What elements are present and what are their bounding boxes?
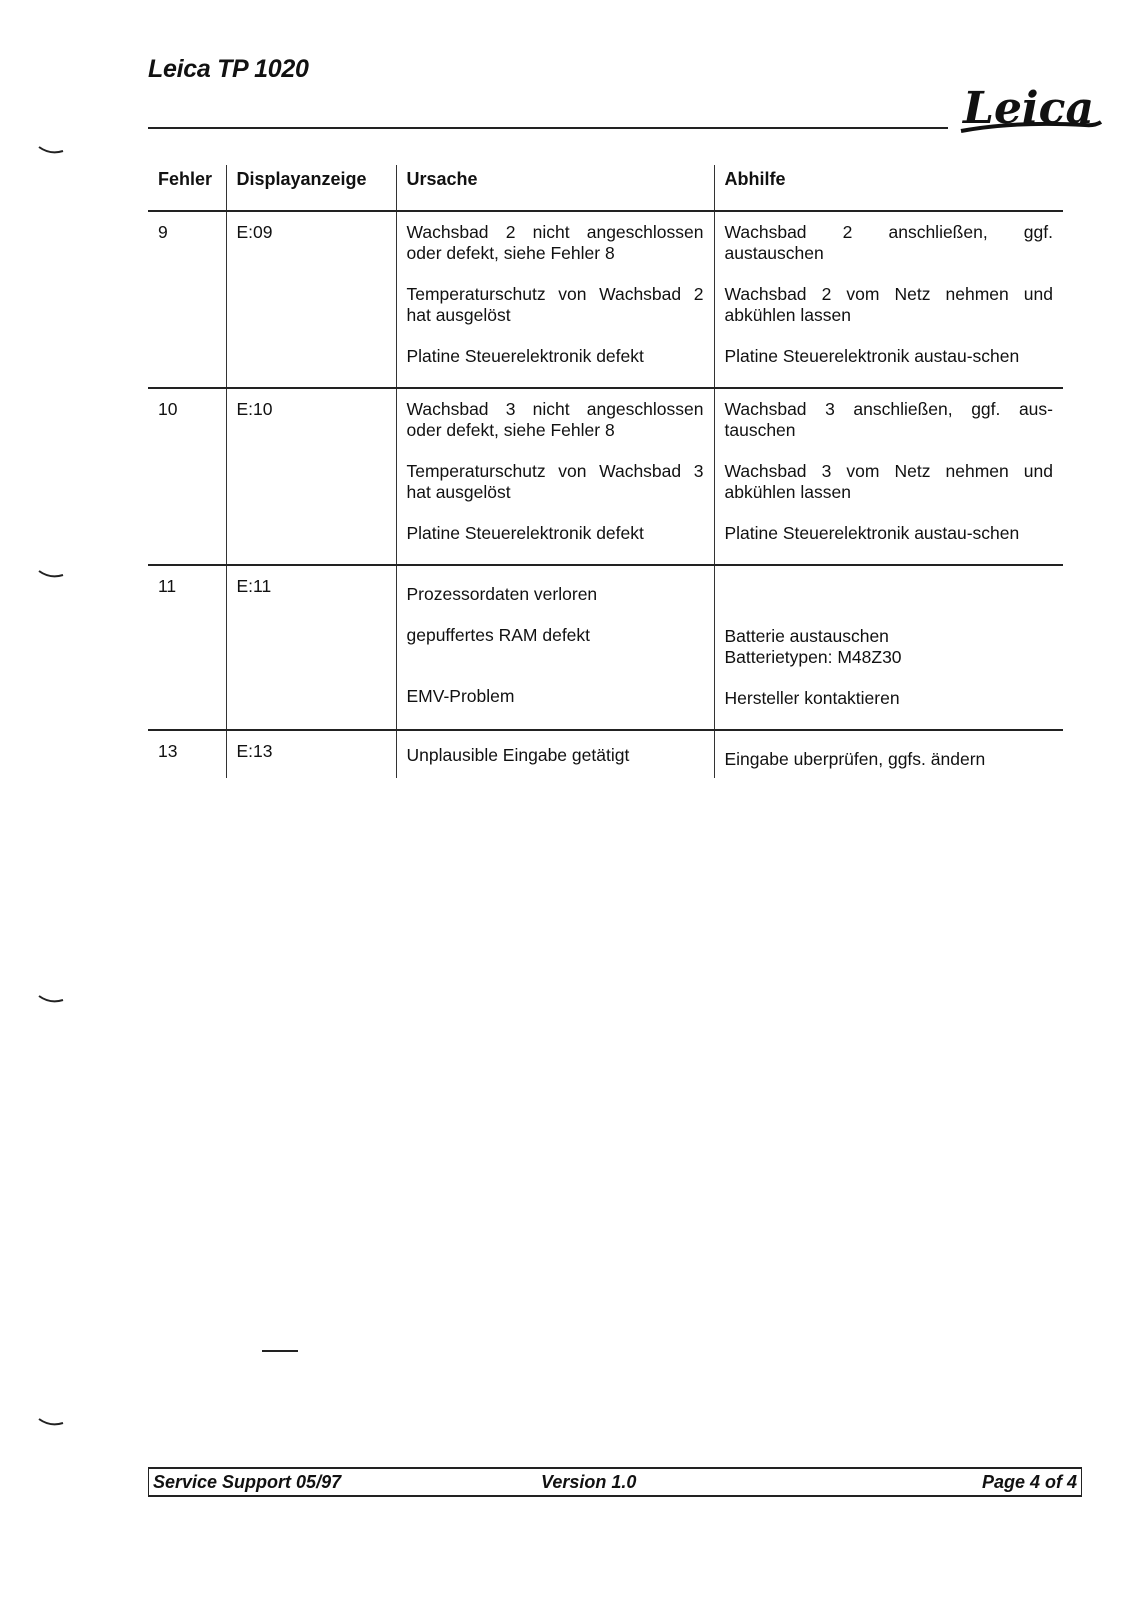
remedy-entry: Platine Steuerelektronik austau-schen — [725, 523, 1054, 544]
document-title: Leica TP 1020 — [148, 55, 309, 84]
cause-entry: Wachsbad 2 nicht angeschlossen oder defe… — [407, 222, 704, 264]
remedy-entry: Wachsbad 2 anschließen, ggf. austauschen — [725, 222, 1054, 264]
display-code: E:13 — [226, 730, 396, 778]
remedy-entry: Wachsbad 3 anschließen, ggf. aus-tausche… — [725, 399, 1054, 441]
page-footer: Service Support 05/97 Version 1.0 Page 4… — [148, 1467, 1082, 1497]
table-row: 9 E:09 Wachsbad 2 nicht angeschlossen od… — [148, 211, 1063, 388]
cause-entry: Platine Steuerelektronik defekt — [407, 523, 704, 544]
stray-mark — [262, 1350, 298, 1352]
remedy-entry: Wachsbad 2 vom Netz nehmen und abkühlen … — [725, 284, 1054, 326]
remedy-cell: Eingabe uberprüfen, ggfs. ändern — [714, 730, 1063, 778]
punch-hole-mark-icon — [38, 995, 64, 1003]
cause-cell: Prozessordaten verloren gepuffertes RAM … — [396, 565, 714, 730]
remedy-cell: Wachsbad 2 anschließen, ggf. austauschen… — [714, 211, 1063, 388]
cause-entry: EMV-Problem — [407, 686, 704, 707]
footer-service-support: Service Support 05/97 — [153, 1472, 341, 1493]
table-row: 11 E:11 Prozessordaten verloren gepuffer… — [148, 565, 1063, 730]
remedy-cell: Wachsbad 3 anschließen, ggf. aus-tausche… — [714, 388, 1063, 565]
cause-entry: Wachsbad 3 nicht angeschlossen oder defe… — [407, 399, 704, 441]
column-header-displayanzeige: Displayanzeige — [226, 165, 396, 211]
table-row: 13 E:13 Unplausible Eingabe getätigt Ein… — [148, 730, 1063, 778]
column-header-ursache: Ursache — [396, 165, 714, 211]
cause-entry: Prozessordaten verloren — [407, 584, 704, 605]
cause-cell: Wachsbad 3 nicht angeschlossen oder defe… — [396, 388, 714, 565]
punch-hole-mark-icon — [38, 570, 64, 578]
remedy-cell: Batterie austauschen Batterietypen: M48Z… — [714, 565, 1063, 730]
remedy-entry: Eingabe uberprüfen, ggfs. ändern — [725, 749, 1054, 770]
table-header-row: Fehler Displayanzeige Ursache Abhilfe — [148, 165, 1063, 211]
cause-entry: Platine Steuerelektronik defekt — [407, 346, 704, 367]
table-row: 10 E:10 Wachsbad 3 nicht angeschlossen o… — [148, 388, 1063, 565]
footer-page-number: Page 4 of 4 — [982, 1472, 1077, 1493]
cause-cell: Unplausible Eingabe getätigt — [396, 730, 714, 778]
leica-logo: Leica — [955, 75, 1105, 145]
cause-entry: Temperaturschutz von Wachsbad 3 hat ausg… — [407, 461, 704, 503]
column-header-abhilfe: Abhilfe — [714, 165, 1063, 211]
punch-hole-mark-icon — [38, 146, 64, 154]
display-code: E:10 — [226, 388, 396, 565]
cause-entry: gepuffertes RAM defekt — [407, 625, 704, 646]
display-code: E:09 — [226, 211, 396, 388]
cause-cell: Wachsbad 2 nicht angeschlossen oder defe… — [396, 211, 714, 388]
punch-hole-mark-icon — [38, 1418, 64, 1426]
error-number: 13 — [148, 730, 226, 778]
remedy-entry: Platine Steuerelektronik austau-schen — [725, 346, 1054, 367]
error-number: 10 — [148, 388, 226, 565]
remedy-entry: Hersteller kontaktieren — [725, 688, 1054, 709]
cause-entry: Temperaturschutz von Wachsbad 2 hat ausg… — [407, 284, 704, 326]
error-table: Fehler Displayanzeige Ursache Abhilfe 9 … — [148, 165, 1063, 778]
error-number: 11 — [148, 565, 226, 730]
footer-version: Version 1.0 — [541, 1472, 636, 1493]
remedy-entry — [725, 584, 1054, 606]
remedy-entry: Batterie austauschen Batterietypen: M48Z… — [725, 626, 925, 668]
display-code: E:11 — [226, 565, 396, 730]
cause-entry: Unplausible Eingabe getätigt — [407, 745, 704, 766]
header-rule — [148, 127, 948, 129]
column-header-fehler: Fehler — [148, 165, 226, 211]
error-number: 9 — [148, 211, 226, 388]
remedy-entry: Wachsbad 3 vom Netz nehmen und abkühlen … — [725, 461, 1054, 503]
